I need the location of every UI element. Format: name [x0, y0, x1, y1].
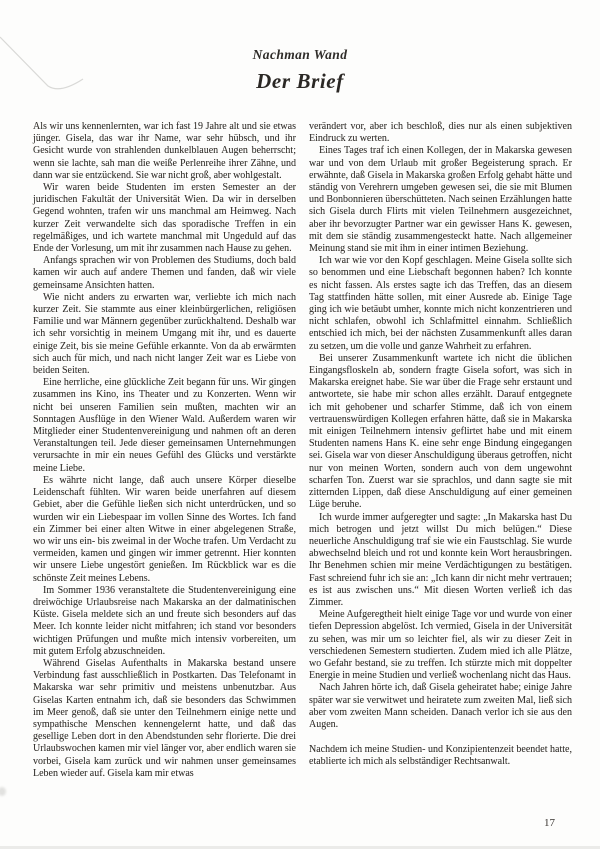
text-columns: Als wir uns kennenlernten, war ich fast … [33, 121, 572, 780]
paragraph-left-4: Wie nicht anders zu erwarten war, verlie… [33, 292, 296, 377]
right-column: verändert vor, aber ich beschloß, dies n… [309, 121, 572, 780]
paragraph-left-2: Wir waren beide Studenten im ersten Seme… [33, 182, 296, 255]
book-page: Nachman Wand Der Brief Als wir uns kenne… [0, 0, 600, 849]
paragraph-right-2: Eines Tages traf ich einen Kollegen, der… [309, 145, 572, 255]
paragraph-left-6: Es währte nicht lange, daß auch unsere K… [33, 475, 296, 585]
page-number: 17 [544, 817, 555, 829]
paragraph-left-1: Als wir uns kennenlernten, war ich fast … [33, 121, 296, 182]
paragraph-left-5: Eine herrliche, eine glückliche Zeit beg… [33, 377, 296, 475]
paragraph-right-7: Nach Jahren hörte ich, daß Gisela geheir… [309, 682, 572, 731]
paragraph-left-3: Anfangs sprachen wir von Problemen des S… [33, 255, 296, 292]
paragraph-right-4: Bei unserer Zusammenkunft wartete ich ni… [309, 353, 572, 512]
paragraph-right-8: Nachdem ich meine Studien- und Konzipien… [309, 744, 572, 768]
scan-artifact-smudge [0, 787, 6, 796]
paragraph-left-8: Während Giselas Aufenthalts in Makarska … [33, 658, 296, 780]
paragraph-right-3: Ich war wie vor den Kopf geschlagen. Mei… [309, 255, 572, 353]
paragraph-left-7: Im Sommer 1936 veranstaltete die Student… [33, 585, 296, 658]
paragraph-right-5: Ich wurde immer aufgeregter und sagte: „… [309, 512, 572, 610]
story-title: Der Brief [0, 69, 600, 94]
paragraph-right-6: Meine Aufgeregtheit hielt einige Tage vo… [309, 609, 572, 682]
author-name: Nachman Wand [0, 47, 600, 63]
left-column: Als wir uns kennenlernten, war ich fast … [33, 121, 296, 780]
paragraph-right-1: verändert vor, aber ich beschloß, dies n… [309, 121, 572, 145]
